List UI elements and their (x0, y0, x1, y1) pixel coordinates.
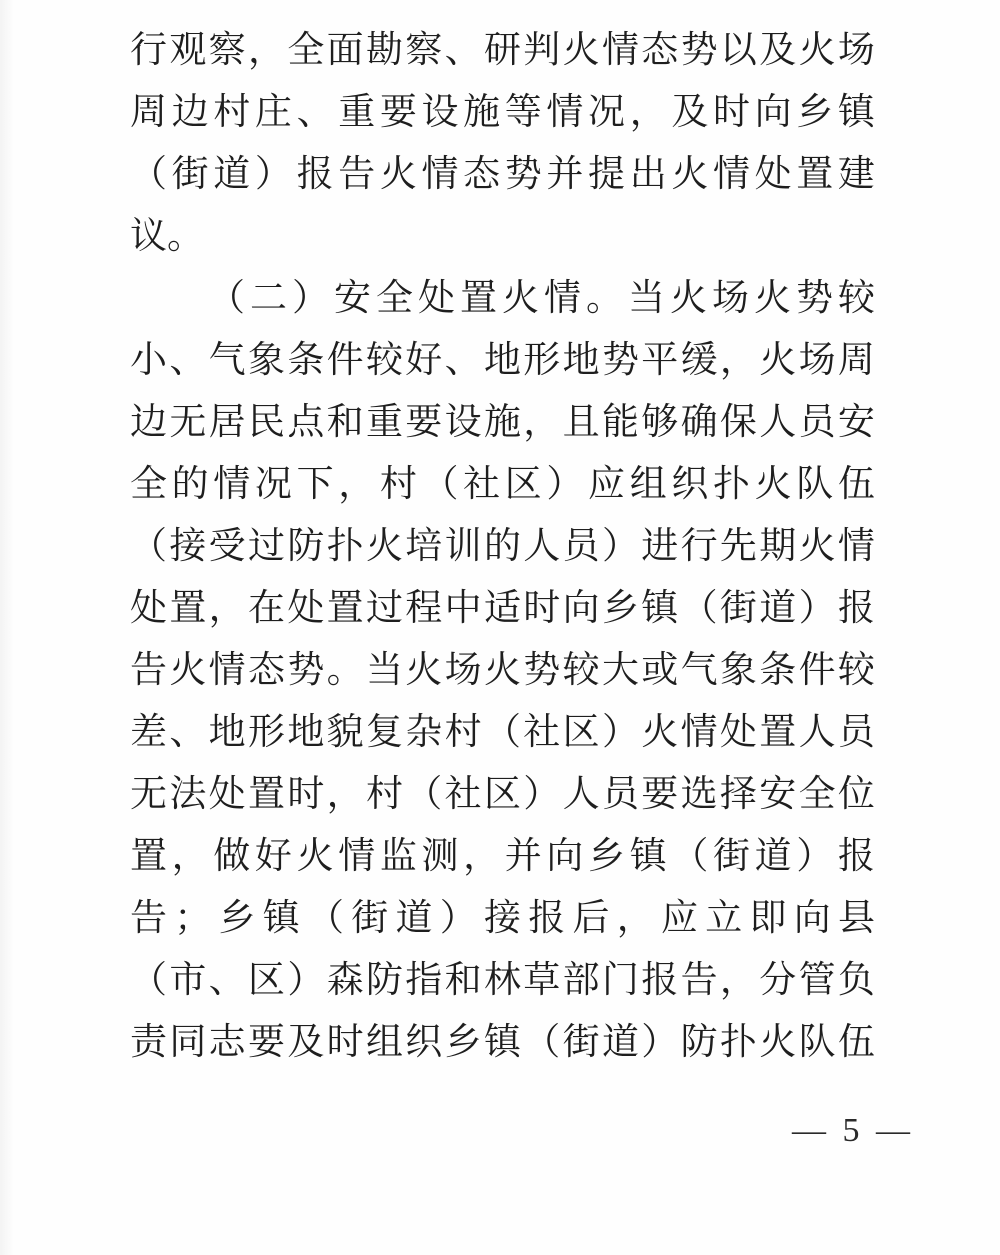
text-line: 议。 (130, 208, 875, 270)
page-number: — 5 — (792, 1108, 914, 1154)
text-line: 边无居民点和重要设施，且能够确保人员安 (130, 394, 875, 456)
text-line: （二）安全处置火情。当火场火势较 (130, 270, 875, 332)
text-line: 小、气象条件较好、地形地势平缓，火场周 (130, 332, 875, 394)
text-line: 周边村庄、重要设施等情况，及时向乡镇 (130, 84, 875, 146)
text-line: 全的情况下，村（社区）应组织扑火队伍 (130, 456, 875, 518)
text-line: （市、区）森防指和林草部门报告，分管负 (130, 952, 875, 1014)
text-line: （接受过防扑火培训的人员）进行先期火情 (130, 518, 875, 580)
text-line: 处置，在处置过程中适时向乡镇（街道）报 (130, 580, 875, 642)
text-line: （街道）报告火情态势并提出火情处置建 (130, 146, 875, 208)
text-line: 告；乡镇（街道）接报后，应立即向县 (130, 890, 875, 952)
text-line: 行观察，全面勘察、研判火情态势以及火场 (130, 22, 875, 84)
text-line: 告火情态势。当火场火势较大或气象条件较 (130, 642, 875, 704)
text-line: 责同志要及时组织乡镇（街道）防扑火队伍 (130, 1014, 875, 1076)
document-page: 行观察，全面勘察、研判火情态势以及火场周边村庄、重要设施等情况，及时向乡镇（街道… (0, 0, 1000, 1255)
text-line: 无法处置时，村（社区）人员要选择安全位 (130, 766, 875, 828)
document-body: 行观察，全面勘察、研判火情态势以及火场周边村庄、重要设施等情况，及时向乡镇（街道… (130, 22, 875, 1076)
text-line: 置，做好火情监测，并向乡镇（街道）报 (130, 828, 875, 890)
text-line: 差、地形地貌复杂村（社区）火情处置人员 (130, 704, 875, 766)
